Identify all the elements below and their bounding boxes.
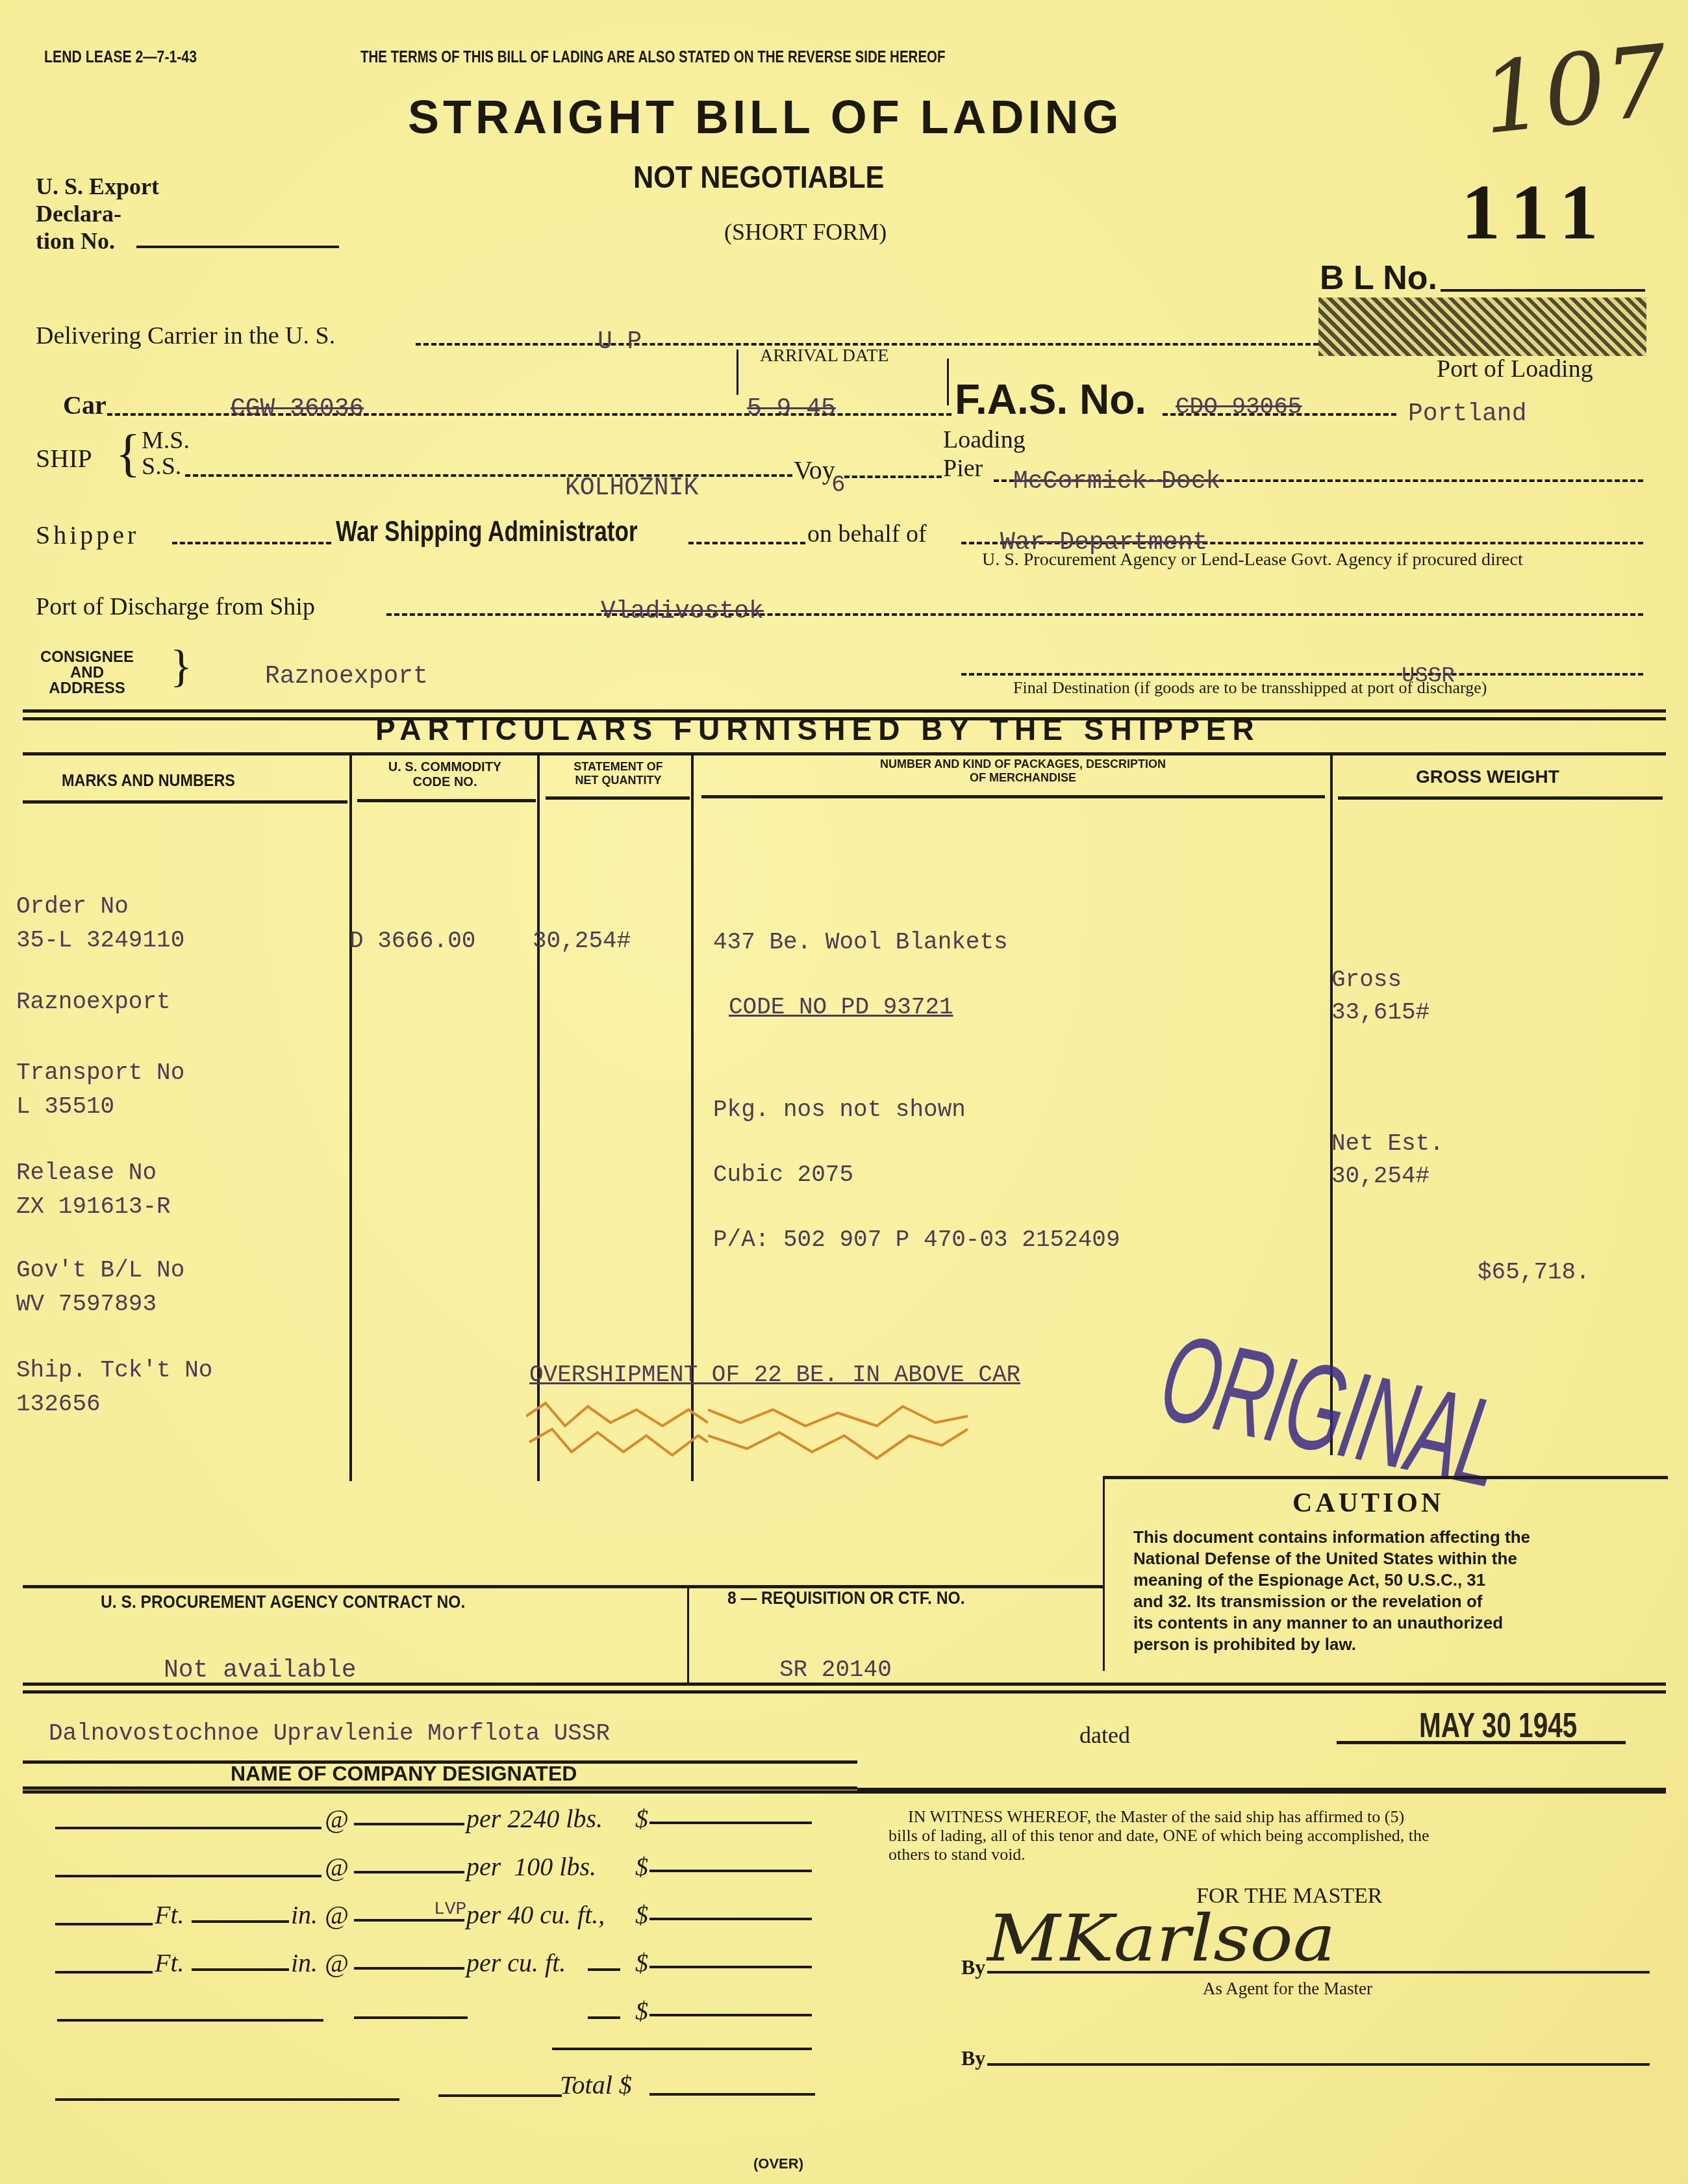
ship-ms-label: M.S.: [142, 427, 190, 453]
terms-note: THE TERMS OF THIS BILL OF LADING ARE ALS…: [360, 48, 946, 67]
description-code: CODE NO PD 93721: [729, 994, 953, 1021]
rate-row1-dollar: $: [635, 1803, 648, 1834]
description-cubic: Cubic 2075: [713, 1162, 853, 1188]
rate-row4-ft[interactable]: [55, 1971, 153, 1974]
rate-row4-per: per cu. ft.: [466, 1948, 566, 1978]
voy-value[interactable]: 6: [831, 472, 846, 498]
arrival-date-label: ARRIVAL DATE: [760, 346, 888, 366]
rate-row4-amount[interactable]: [649, 1966, 812, 1968]
final-destination-label: Final Destination (if goods are to be tr…: [1013, 678, 1487, 698]
loading-pier-value[interactable]: McCormick Dock: [1013, 468, 1220, 496]
bl-no-field[interactable]: [1441, 289, 1645, 292]
rate-row5-rate[interactable]: [354, 2016, 468, 2019]
procurement-contract-value[interactable]: Not available: [164, 1657, 356, 1684]
marks-consignee: Raznoexport: [16, 989, 171, 1015]
requisition-label: 8 — REQUISITION OR CTF. NO.: [727, 1588, 965, 1608]
rate-row3-per: per 40 cu. ft.,: [466, 1899, 605, 1930]
witness-text: IN WITNESS WHEREOF, the Master of the sa…: [888, 1807, 1430, 1864]
consignee-label: CONSIGNEE AND ADDRESS: [40, 650, 134, 696]
overshipment-note: OVERSHIPMENT OF 22 BE. IN ABOVE CAR: [529, 1362, 1020, 1388]
rate-row3-dollar: $: [635, 1899, 648, 1930]
over-label: (OVER): [753, 2155, 803, 2172]
column-header-gross-weight: GROSS WEIGHT: [1416, 767, 1559, 787]
master-signature: MKarlsoa: [987, 1900, 1335, 1976]
shipper-label: Shipper: [36, 520, 139, 550]
export-declaration-label: U. S. Export Declara- tion No.: [36, 173, 159, 255]
rate-row1-rate[interactable]: [354, 1823, 464, 1825]
rate-row4-dollar: $: [635, 1948, 648, 1978]
marks-order-no: Order No 35-L 3249110: [16, 890, 184, 958]
rate-row2-at: @: [325, 1851, 349, 1882]
rate-row2-per: per 100 lbs.: [466, 1851, 596, 1882]
rate-row3-ft[interactable]: [55, 1923, 153, 1925]
dated-label: dated: [1079, 1721, 1130, 1749]
requisition-value[interactable]: SR 20140: [779, 1657, 892, 1683]
by-label: By: [961, 1955, 985, 1979]
arrival-date-value[interactable]: 5-9-45: [747, 395, 836, 423]
net-estimate-value: Net Est. 30,254#: [1331, 1128, 1444, 1193]
description-pkg: Pkg. nos not shown: [713, 1097, 966, 1123]
bl-no-label: B L No.: [1320, 259, 1437, 298]
port-discharge-value[interactable]: Vladivostok: [601, 598, 764, 626]
rate-row3-in-label: in.: [291, 1899, 318, 1930]
ship-brace: {: [116, 427, 140, 479]
agency-note: U. S. Procurement Agency or Lend-Lease G…: [982, 550, 1523, 570]
declared-value: $65,718.: [1478, 1259, 1590, 1286]
rate-row2-rate[interactable]: [354, 1871, 464, 1873]
agent-label: As Agent for the Master: [1203, 1979, 1372, 1999]
form-type: (SHORT FORM): [724, 218, 887, 246]
ship-ss-label: S.S.: [142, 453, 190, 479]
loading-pier-label-1: Loading: [943, 425, 1026, 454]
rate-row2-amount[interactable]: [649, 1870, 812, 1872]
export-declaration-field[interactable]: [136, 246, 339, 248]
description-line1: 437 Be. Wool Blankets: [713, 929, 1008, 956]
rate-row4-in[interactable]: [192, 1968, 289, 1971]
column-header-commodity: U. S. COMMODITY CODE NO.: [364, 760, 526, 790]
ship-name-value[interactable]: KOLHOZNIK: [565, 474, 698, 502]
delivering-carrier-value[interactable]: U P: [598, 328, 642, 356]
shipper-value[interactable]: War Shipping Administrator: [336, 516, 638, 548]
column-header-description: NUMBER AND KIND OF PACKAGES, DESCRIPTION…: [714, 757, 1331, 785]
port-discharge-label: Port of Discharge from Ship: [36, 592, 315, 621]
column-header-marks: MARKS AND NUMBERS: [62, 770, 235, 791]
rate-row4-ft-label: Ft.: [155, 1948, 184, 1978]
document-subtitle: NOT NEGOTIABLE: [633, 160, 884, 196]
rate-row4-rate[interactable]: [354, 1967, 464, 1970]
column-header-net-quantity: STATEMENT OF NET QUANTITY: [547, 760, 690, 787]
total-label: Total $: [560, 2070, 632, 2100]
rate-row3-amount[interactable]: [649, 1918, 812, 1920]
handwritten-number: 107: [1477, 25, 1674, 157]
rate-row1-amount[interactable]: [649, 1822, 812, 1824]
voy-label: Voy: [794, 455, 835, 485]
on-behalf-label: on behalf of: [807, 520, 927, 548]
rate-row3-ft-label: Ft.: [155, 1899, 184, 1930]
net-quantity-value: 30,254#: [533, 928, 631, 954]
rate-row1-qty[interactable]: [55, 1827, 321, 1829]
rate-row5-desc[interactable]: [57, 2019, 323, 2022]
procurement-contract-label: U. S. PROCUREMENT AGENCY CONTRACT NO.: [101, 1592, 465, 1612]
fas-no-value[interactable]: CDO 93065: [1176, 394, 1302, 420]
rate-row1-at: @: [325, 1803, 349, 1834]
car-label: Car: [63, 390, 107, 420]
marks-govt-bl-no: Gov't B/L No WV 7597893: [16, 1254, 184, 1321]
caution-text: This document contains information affec…: [1133, 1527, 1530, 1655]
rate-row4-at: @: [325, 1948, 349, 1978]
rate-row3-at: @: [325, 1899, 349, 1930]
port-of-loading-label: Port of Loading: [1437, 355, 1593, 383]
printed-number: 111: [1461, 168, 1613, 257]
rate-row2-qty[interactable]: [55, 1875, 321, 1877]
marks-ship-ticket-no: Ship. Tck't No 132656: [16, 1354, 212, 1421]
total-amount[interactable]: [649, 2093, 815, 2096]
by2-label: By: [961, 2046, 985, 2070]
document-title: STRAIGHT BILL OF LADING: [408, 91, 1123, 144]
rate-row2-dollar: $: [635, 1851, 648, 1882]
company-designated-label: NAME OF COMPANY DESIGNATED: [231, 1762, 577, 1786]
car-value[interactable]: CGW 36036: [231, 395, 364, 423]
rate-row5-dollar: $: [635, 1996, 648, 2026]
orange-crayon-mark-2: [708, 1397, 1124, 1468]
orange-crayon-mark: [526, 1397, 708, 1468]
rate-row5-amount[interactable]: [649, 2014, 812, 2016]
delivering-carrier-label: Delivering Carrier in the U. S.: [36, 322, 335, 350]
particulars-title: PARTICULARS FURNISHED BY THE SHIPPER: [375, 712, 1261, 747]
rate-row3-typed: LVP: [434, 1899, 466, 1920]
security-pattern: [1318, 298, 1646, 356]
consignee-brace: }: [170, 644, 192, 690]
dated-value[interactable]: MAY 30 1945: [1419, 1705, 1577, 1746]
second-signature-line[interactable]: [987, 2063, 1650, 2066]
bill-of-lading-document: LEND LEASE 2—7-1-43 THE TERMS OF THIS BI…: [0, 0, 1688, 2184]
description-pa: P/A: 502 907 P 470-03 2152409: [713, 1226, 1120, 1253]
ship-label: SHIP: [36, 443, 92, 474]
consignee-value[interactable]: Raznoexport: [265, 663, 428, 691]
form-code: LEND LEASE 2—7-1-43: [44, 48, 197, 67]
company-designated-value[interactable]: Dalnovostochnoe Upravlenie Morflota USSR: [49, 1720, 610, 1747]
rate-row1-per: per 2240 lbs.: [466, 1803, 603, 1834]
marks-transport-no: Transport No L 35510: [16, 1056, 184, 1124]
gross-weight-value: Gross 33,615#: [1331, 964, 1430, 1029]
caution-title: CAUTION: [1292, 1488, 1444, 1519]
rate-row4-in-label: in.: [291, 1948, 318, 1978]
rate-row3-in[interactable]: [192, 1920, 289, 1923]
port-of-loading-value[interactable]: Portland: [1408, 400, 1526, 428]
fas-no-label: F.A.S. No.: [955, 375, 1146, 424]
commodity-code-value: D 3666.00: [349, 928, 475, 954]
signature-line[interactable]: [987, 1971, 1650, 1974]
marks-release-no: Release No ZX 191613-R: [16, 1156, 171, 1224]
